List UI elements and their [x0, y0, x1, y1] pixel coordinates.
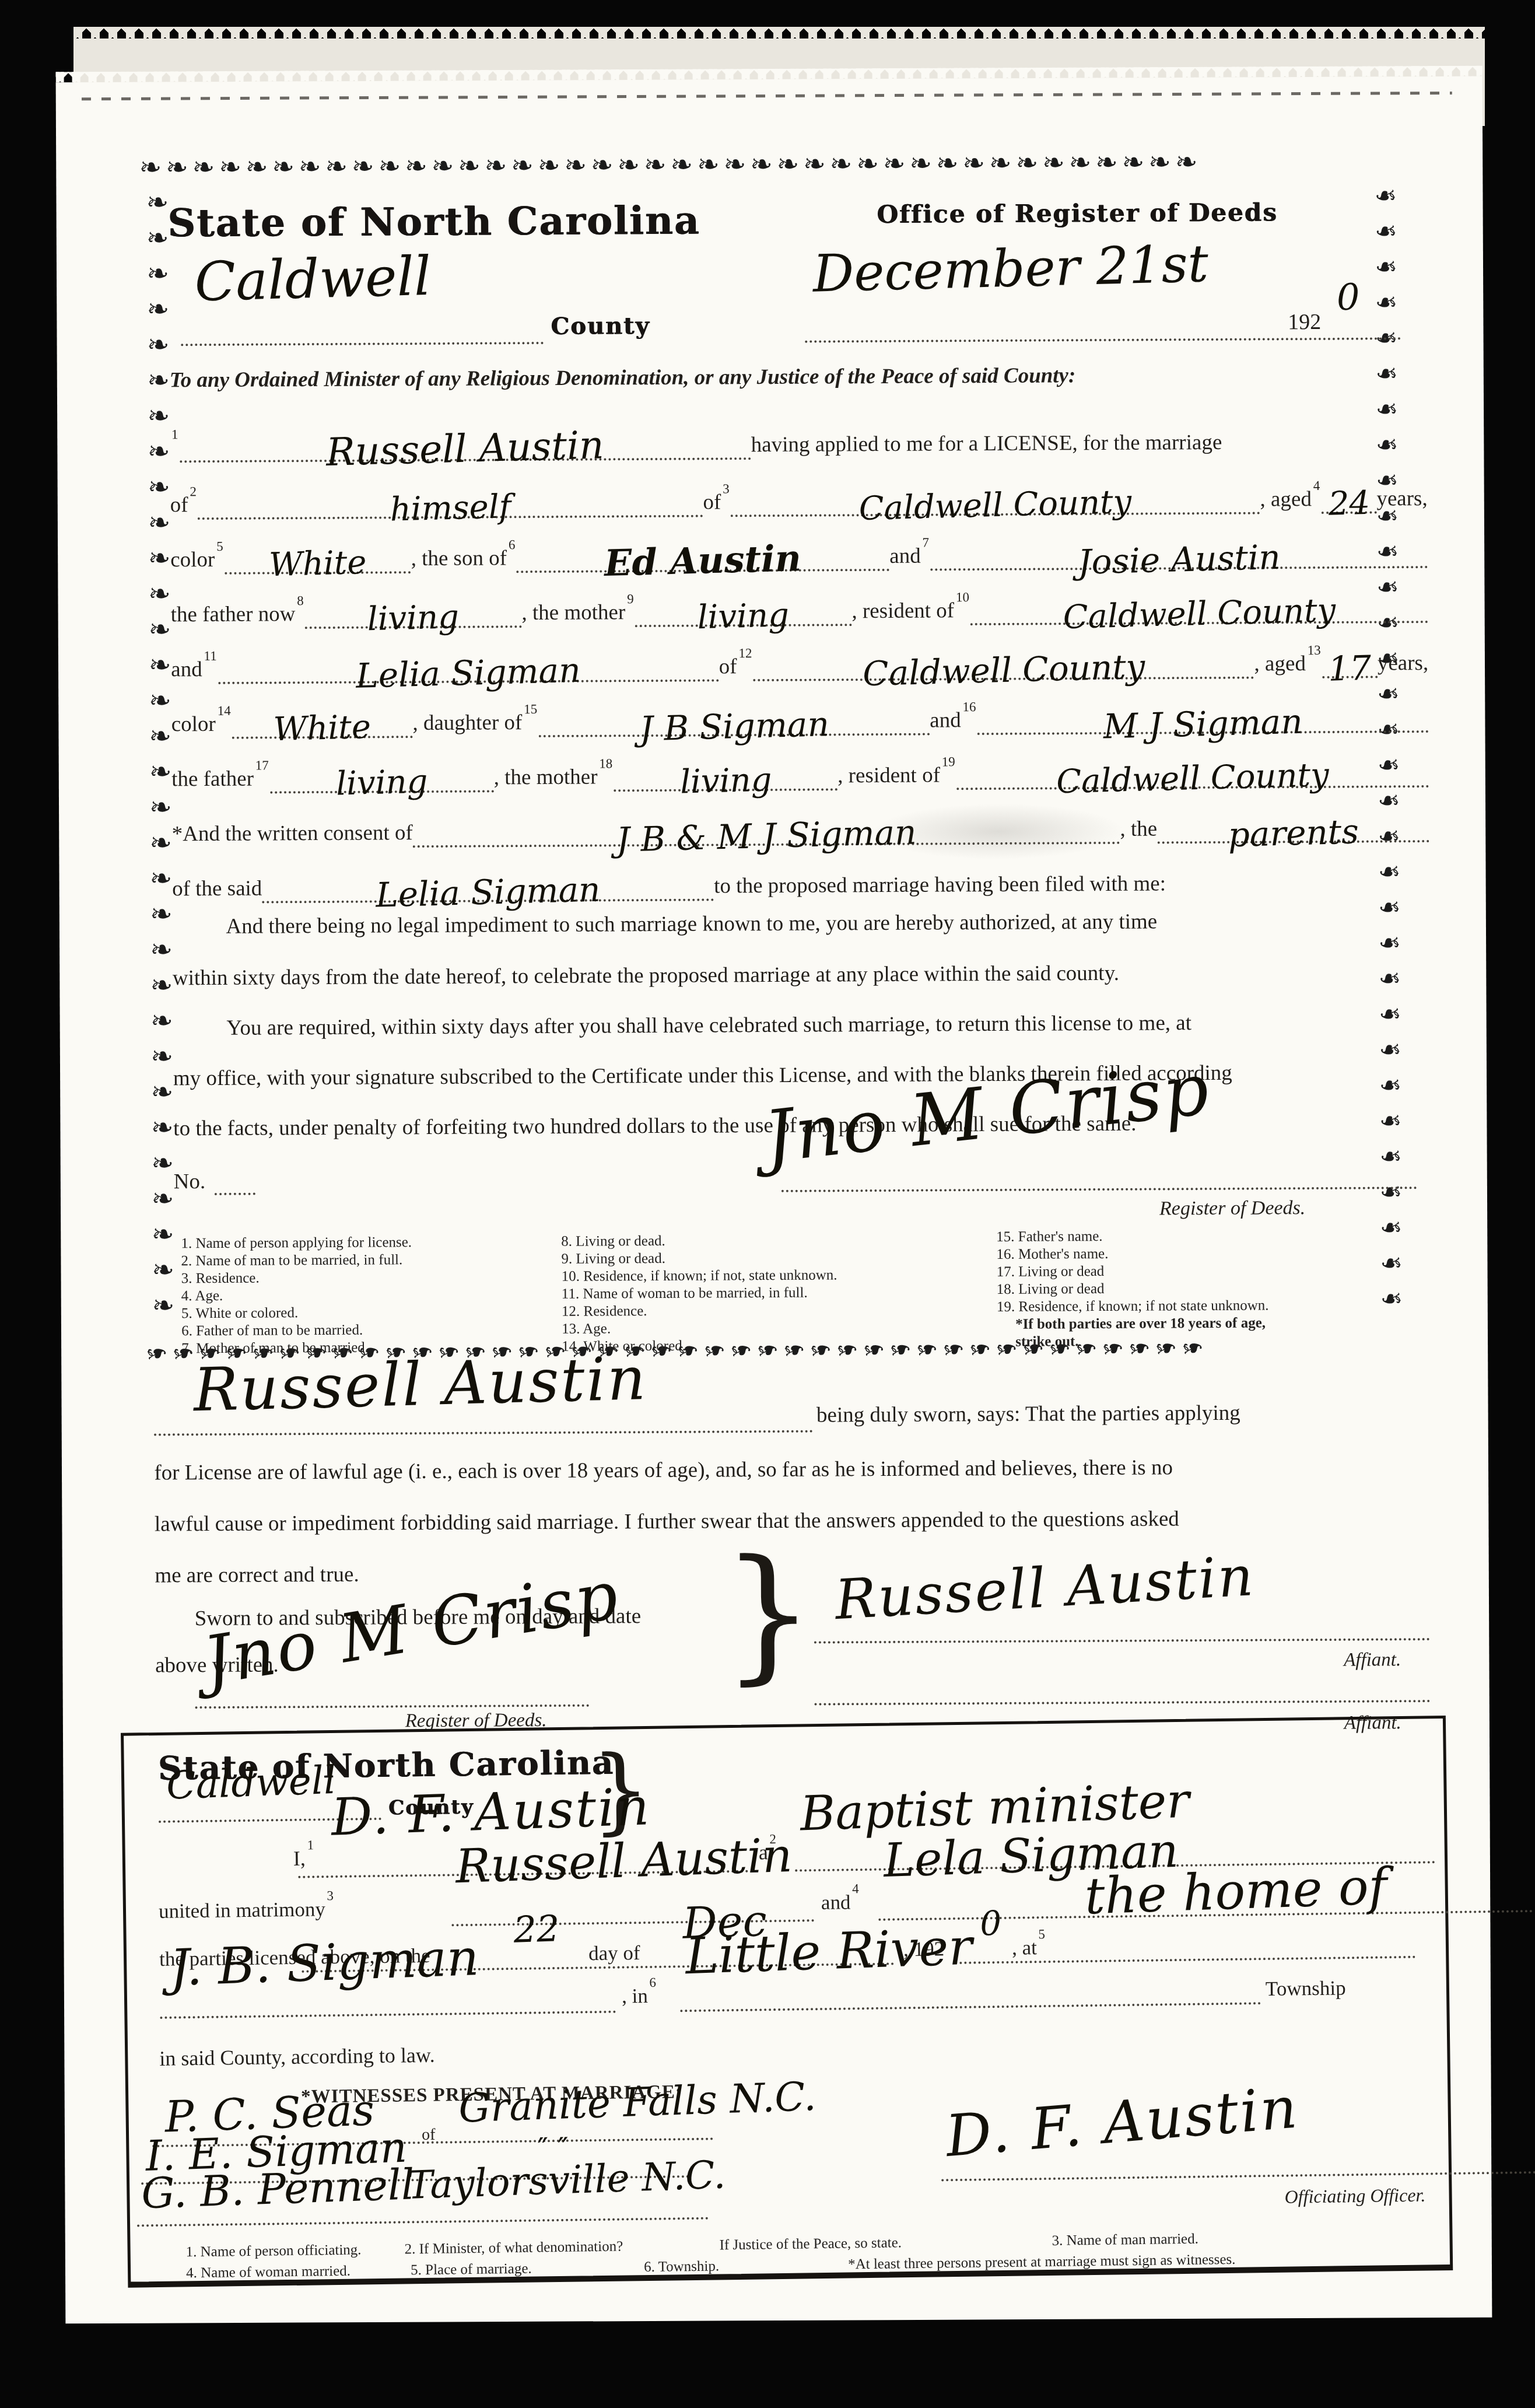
affidavit-line2: for License are of lawful age (i. e., ea… — [154, 1455, 1173, 1485]
officiant-signature: D. F. Austin — [944, 2085, 1301, 2159]
form-label: of3 — [703, 491, 731, 517]
blank: White — [225, 551, 411, 574]
footnote-item: 2. Name of man to be married, in full. — [181, 1251, 412, 1270]
form-label: , the son of6 — [411, 547, 517, 573]
according-to-law-line: in said County, according to law. — [159, 2045, 435, 2070]
footnote-item: 16. Mother's name. — [996, 1245, 1268, 1263]
line-groom-color-parents: color5 White , the son of6 Ed Austin and… — [170, 530, 1428, 575]
certificate-footnote-2: 2. If Minister, of what denomination? — [404, 2238, 623, 2259]
no-label: No. — [174, 1171, 206, 1193]
certificate-county-handwritten: Caldwell — [166, 1765, 337, 1802]
footnote-item: 1. Name of person applying for license. — [181, 1234, 412, 1252]
handwritten-value: living — [336, 769, 428, 798]
blank: Josie Austin — [930, 545, 1428, 571]
certificate-footnote-justice: If Justice of the Peace, so state. — [719, 2234, 902, 2254]
footnote-item: 5. White or colored. — [181, 1304, 412, 1322]
affiant-name-line — [154, 1430, 813, 1436]
form-label: , daughter of15 — [412, 712, 538, 738]
handwritten-value: Josie Austin — [1077, 543, 1281, 575]
document-content: ❧❧❧❧❧❧❧❧❧❧❧❧❧❧❧❧❧❧❧❧❧❧❧❧❧❧❧❧❧❧❧❧❧❧❧❧❧❧❧❧… — [0, 0, 1535, 2408]
township-line — [680, 2002, 1261, 2012]
blank: J B Sigman — [538, 712, 930, 737]
affiant-label: Affiant. — [1344, 1650, 1401, 1670]
blank: living — [635, 603, 852, 627]
form-label: years, — [1378, 652, 1429, 678]
footnote-item: 8. Living or dead. — [561, 1231, 837, 1250]
line-bride-parents-status: the father17 living , the mother18 livin… — [171, 749, 1429, 794]
blank: Caldwell County — [753, 655, 1254, 681]
blank: living — [614, 768, 837, 792]
handwritten-value: White — [269, 550, 367, 579]
form-label: color14 — [171, 713, 232, 739]
form-label: of2 — [170, 494, 198, 520]
handwritten-value: Caldwell County — [1063, 598, 1336, 631]
officiant-name-handwritten: D. F. Austin — [331, 1786, 651, 1838]
footnote-item: 18. Living or dead — [997, 1280, 1269, 1298]
place-handwritten: the home of — [1084, 1867, 1388, 1917]
footnote-item: 13. Age. — [562, 1319, 837, 1338]
form-label: and11 — [171, 659, 218, 684]
footnotes-column2: 8. Living or dead. 9. Living or dead. 10… — [561, 1231, 837, 1355]
handwritten-value: Lelia Sigman — [356, 656, 581, 689]
handwritten-value: Caldwell County — [862, 653, 1145, 687]
line-groom-residence-age: of2 himself of3 Caldwell County , aged4 … — [170, 475, 1428, 520]
salutation: To any Ordained Minister of any Religiou… — [169, 365, 1075, 392]
certificate-footnote-1: 1. Name of person officiating. — [186, 2241, 362, 2261]
form-label: to the proposed marriage having been fil… — [714, 873, 1166, 901]
footnote-item: 9. Living or dead. — [561, 1249, 837, 1268]
affiant-name-handwritten: Russell Austin — [193, 1355, 648, 1415]
date-handwritten: December 21st — [812, 243, 1209, 295]
line-bride-color-parents: color14 White , daughter of15 J B Sigman… — [171, 694, 1428, 739]
form-label: the father now8 — [171, 603, 305, 629]
footnote-item: 11. Name of woman to be married, in full… — [562, 1284, 837, 1303]
line-written-consent: *And the written consent of J B & M J Si… — [171, 804, 1429, 849]
form-label: the father17 — [171, 768, 270, 794]
certificate-footnote-witnesses: *At least three persons present at marri… — [848, 2251, 1236, 2274]
brace: } — [721, 1528, 815, 1699]
handwritten-value: parents — [1228, 818, 1359, 848]
handwritten-value: 17 — [1328, 654, 1372, 682]
form-label: of12 — [719, 656, 754, 681]
form-label: years, — [1376, 488, 1428, 513]
township-label: Township — [1266, 1978, 1346, 2000]
form-label: , the — [1120, 818, 1157, 844]
witness3-line — [137, 2217, 709, 2227]
united-in-matrimony-label: united in matrimony3 — [159, 1899, 335, 1923]
day-handwritten: 22 — [513, 1914, 560, 1944]
border-ornament-top: ❧❧❧❧❧❧❧❧❧❧❧❧❧❧❧❧❧❧❧❧❧❧❧❧❧❧❧❧❧❧❧❧❧❧❧❧❧❧❧❧ — [139, 147, 1404, 190]
form-label: 1 — [170, 437, 180, 463]
footnote-item: 19. Residence, if known; if not state un… — [997, 1297, 1269, 1316]
groom-name-handwritten: Russell Austin — [455, 1837, 793, 1886]
line-groom-parents-status: the father now8 living , the mother9 liv… — [170, 584, 1428, 629]
officiant-signature-line — [941, 2171, 1535, 2181]
blank: Lelia Sigman — [262, 877, 714, 903]
year-digit-handwritten: 0 — [1336, 282, 1360, 312]
register-of-deeds-label: Register of Deeds. — [1159, 1198, 1305, 1219]
authorization-paragraph-line2: within sixty days from the date hereof, … — [173, 961, 1119, 991]
line-of-the-said: of the said Lelia Sigman to the proposed… — [172, 859, 1429, 904]
county-label: County — [551, 312, 650, 340]
year-printed: 192 — [1288, 311, 1321, 334]
sworn-says-text: being duly sworn, says: That the parties… — [816, 1402, 1240, 1427]
form-label: , the mother9 — [521, 601, 635, 628]
footnotes-column3: 15. Father's name. 16. Mother's name. 17… — [996, 1227, 1269, 1351]
place2-line — [160, 2011, 616, 2019]
officiating-officer-label: Officiating Officer. — [1284, 2186, 1425, 2207]
at-label: , at5 — [1012, 1937, 1047, 1959]
no-blank-line — [215, 1193, 255, 1195]
affiant-signature-line — [814, 1638, 1430, 1644]
certificate-footnote-4: 4. Name of woman married. — [186, 2263, 351, 2283]
return-paragraph-line1: You are required, within sixty days afte… — [226, 1010, 1191, 1041]
handwritten-value: himself — [390, 494, 511, 523]
form-label: *And the written consent of — [172, 822, 413, 849]
line-bride-residence-age: and11 Lelia Sigman of12 Caldwell County … — [171, 639, 1428, 684]
blank: Ed Austin — [516, 545, 889, 573]
register-signature-line-affidavit — [195, 1704, 589, 1709]
blank: White — [232, 715, 413, 738]
in-label: , in6 — [622, 1986, 658, 2008]
affidavit-line3: lawful cause or impediment forbidding sa… — [155, 1506, 1179, 1536]
handwritten-value: J B Sigman — [639, 710, 829, 743]
form-label: having applied to me for a LICENSE, for … — [751, 432, 1222, 460]
scanned-marriage-record-page: ❧❧❧❧❧❧❧❧❧❧❧❧❧❧❧❧❧❧❧❧❧❧❧❧❧❧❧❧❧❧❧❧❧❧❧❧❧❧❧❧… — [0, 0, 1535, 2408]
place2-handwritten: J. B. Sigman — [169, 1938, 479, 1989]
form-label: , aged13 — [1254, 653, 1322, 678]
footnote-item: 4. Age. — [181, 1286, 412, 1305]
handwritten-value: living — [697, 603, 789, 631]
handwritten-value: Ed Austin — [604, 544, 802, 578]
blank: Caldwell County — [970, 600, 1428, 625]
handwritten-value: Lelia Sigman — [376, 876, 601, 908]
form-label: of the said — [172, 878, 262, 904]
handwritten-value: J B & M J Sigman — [616, 818, 917, 853]
certificate-footnote-6: 6. Township. — [644, 2257, 719, 2276]
office-of-register-title: Office of Register of Deeds — [877, 198, 1278, 229]
affiant-signature: Russell Austin — [834, 1555, 1256, 1623]
footnote-item: 15. Father's name. — [996, 1227, 1268, 1246]
blank: 17 — [1322, 654, 1378, 678]
form-label: , the mother18 — [494, 766, 614, 793]
footnote-item: 10. Residence, if known; if not, state u… — [562, 1266, 837, 1285]
blank: living — [305, 605, 522, 629]
certificate-footnote-3: 3. Name of man married. — [1052, 2231, 1198, 2250]
certificate-box: State of North Carolina } Caldwell Count… — [121, 1716, 1453, 2288]
and-label: and4 — [821, 1892, 861, 1914]
footnote-item: 12. Residence. — [562, 1301, 837, 1320]
blank: living — [270, 770, 494, 794]
footnote-item: *If both parties are over 18 years of ag… — [1015, 1315, 1269, 1333]
certificate-footnote-5: 5. Place of marriage. — [411, 2260, 532, 2280]
footnote-item: 17. Living or dead — [997, 1262, 1269, 1281]
footnote-item: 6. Father of man to be married. — [181, 1321, 412, 1340]
border-ornament-left: ❧❧❧❧❧❧❧❧❧❧❧❧❧❧❧❧❧❧❧❧❧❧❧❧❧❧❧❧❧❧❧❧❧❧❧❧❧ — [135, 186, 177, 1332]
blank: 24 — [1321, 491, 1376, 514]
handwritten-value: White — [273, 715, 371, 743]
witness3-place-handwritten: Taylorsville N.C. — [406, 2160, 726, 2201]
form-label: , resident of10 — [851, 600, 970, 626]
handwritten-value: living — [367, 604, 460, 633]
blank: himself — [198, 495, 703, 520]
blank: M J Sigman — [977, 709, 1429, 735]
handwritten-value: living — [679, 768, 772, 796]
blank: Caldwell County — [731, 492, 1260, 517]
day-of-label: day of — [588, 1943, 640, 1965]
footnote-item: strike out. — [1015, 1332, 1269, 1351]
applicant-name-handwritten: Russell Austin — [326, 430, 605, 468]
second-affiant-line — [814, 1700, 1430, 1706]
form-label: , aged4 — [1260, 488, 1321, 514]
blank: parents — [1157, 819, 1429, 844]
witness1-place-handwritten: Granite Falls N.C. — [458, 2081, 817, 2125]
applicant-blank: Russell Austin — [180, 432, 751, 463]
county-handwritten: Caldwell — [194, 255, 432, 304]
handwritten-value: Caldwell County — [1056, 762, 1330, 796]
handwritten-value: Caldwell County — [858, 489, 1132, 523]
form-label: and7 — [889, 545, 930, 571]
form-label: , resident of19 — [837, 764, 956, 790]
year-digit-handwritten-certificate: 0 — [980, 1910, 1002, 1938]
witness3-name-handwritten: G. B. Pennell — [141, 2168, 415, 2211]
footnotes-column1: 1. Name of person applying for license. … — [181, 1234, 412, 1357]
line-applicant: 1 Russell Austin having applied to me fo… — [170, 407, 1427, 463]
footnote-item: 3. Residence. — [181, 1269, 412, 1287]
affidavit-line4: me are correct and true. — [155, 1562, 359, 1588]
form-label: color5 — [170, 549, 225, 575]
state-title: State of North Carolina — [167, 198, 700, 246]
handwritten-value: M J Sigman — [1103, 708, 1303, 740]
blank: Caldwell County — [956, 765, 1429, 790]
authorization-paragraph-line1: And there being no legal impediment to s… — [226, 909, 1157, 939]
form-label: and16 — [930, 709, 977, 735]
i-label: I,1 — [293, 1847, 316, 1870]
blank: Lelia Sigman — [218, 658, 719, 684]
township-handwritten: Little River — [685, 1927, 973, 1978]
handwritten-value: 24 — [1328, 491, 1370, 518]
